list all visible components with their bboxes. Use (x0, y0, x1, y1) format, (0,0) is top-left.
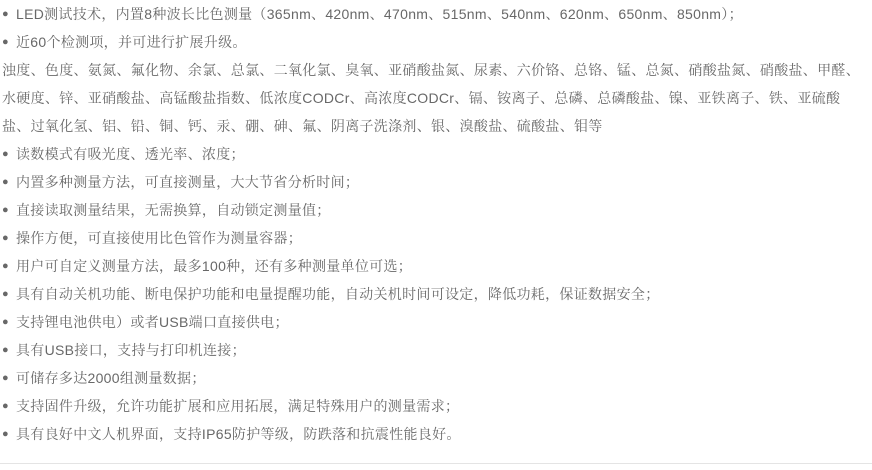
feature-item: ● 具有自动关机功能、断电保护功能和电量提醒功能，自动关机时间可设定，降低功耗，… (2, 280, 866, 308)
feature-item: ● 支持固件升级，允许功能扩展和应用拓展，满足特殊用户的测量需求； (2, 392, 866, 420)
bullet-icon: ● (2, 420, 16, 448)
bullet-icon: ● (2, 140, 16, 168)
feature-item: ● 读数模式有吸光度、透光率、浓度； (2, 140, 866, 168)
feature-text: 支持固件升级，允许功能扩展和应用拓展，满足特殊用户的测量需求； (16, 392, 866, 420)
bullet-icon: ● (2, 168, 16, 196)
feature-text: 浊度、色度、氨氮、氟化物、余氯、总氯、二氧化氯、臭氧、亚硝酸盐氮、尿素、六价铬、… (2, 56, 866, 140)
bullet-icon: ● (2, 364, 16, 392)
bullet-icon: ● (2, 336, 16, 364)
feature-text: 支持锂电池供电）或者USB端口直接供电； (16, 308, 866, 336)
feature-item: ● 直接读取测量结果，无需换算，自动锁定测量值； (2, 196, 866, 224)
feature-item: ● 近60个检测项，并可进行扩展升级。 (2, 28, 866, 56)
feature-item: ● LED测试技术，内置8种波长比色测量（365nm、420nm、470nm、5… (2, 0, 866, 28)
bullet-icon: ● (2, 224, 16, 252)
feature-text: 具有自动关机功能、断电保护功能和电量提醒功能，自动关机时间可设定，降低功耗，保证… (16, 280, 866, 308)
feature-text: 读数模式有吸光度、透光率、浓度； (16, 140, 866, 168)
feature-item: 浊度、色度、氨氮、氟化物、余氯、总氯、二氧化氯、臭氧、亚硝酸盐氮、尿素、六价铬、… (2, 56, 866, 140)
feature-item: ● 具有USB接口，支持与打印机连接； (2, 336, 866, 364)
bullet-icon: ● (2, 308, 16, 336)
feature-text: 近60个检测项，并可进行扩展升级。 (16, 28, 866, 56)
feature-text: 用户可自定义测量方法，最多100种，还有多种测量单位可选； (16, 252, 866, 280)
feature-list: ● LED测试技术，内置8种波长比色测量（365nm、420nm、470nm、5… (0, 0, 872, 448)
bullet-icon: ● (2, 196, 16, 224)
bullet-icon: ● (2, 392, 16, 420)
feature-item: ● 具有良好中文人机界面，支持IP65防护等级，防跌落和抗震性能良好。 (2, 420, 866, 448)
feature-text: 可储存多达2000组测量数据； (16, 364, 866, 392)
bullet-icon: ● (2, 280, 16, 308)
bottom-divider (0, 463, 872, 464)
feature-item: ● 内置多种测量方法，可直接测量，大大节省分析时间； (2, 168, 866, 196)
feature-item: ● 操作方便，可直接使用比色管作为测量容器； (2, 224, 866, 252)
feature-text: 具有良好中文人机界面，支持IP65防护等级，防跌落和抗震性能良好。 (16, 420, 866, 448)
feature-item: ● 可储存多达2000组测量数据； (2, 364, 866, 392)
feature-text: 直接读取测量结果，无需换算，自动锁定测量值； (16, 196, 866, 224)
feature-text: 内置多种测量方法，可直接测量，大大节省分析时间； (16, 168, 866, 196)
feature-item: ● 用户可自定义测量方法，最多100种，还有多种测量单位可选； (2, 252, 866, 280)
bullet-icon: ● (2, 252, 16, 280)
bullet-icon: ● (2, 0, 16, 28)
feature-text: LED测试技术，内置8种波长比色测量（365nm、420nm、470nm、515… (16, 0, 866, 28)
feature-item: ● 支持锂电池供电）或者USB端口直接供电； (2, 308, 866, 336)
feature-text: 操作方便，可直接使用比色管作为测量容器； (16, 224, 866, 252)
bullet-icon: ● (2, 28, 16, 56)
feature-text: 具有USB接口，支持与打印机连接； (16, 336, 866, 364)
